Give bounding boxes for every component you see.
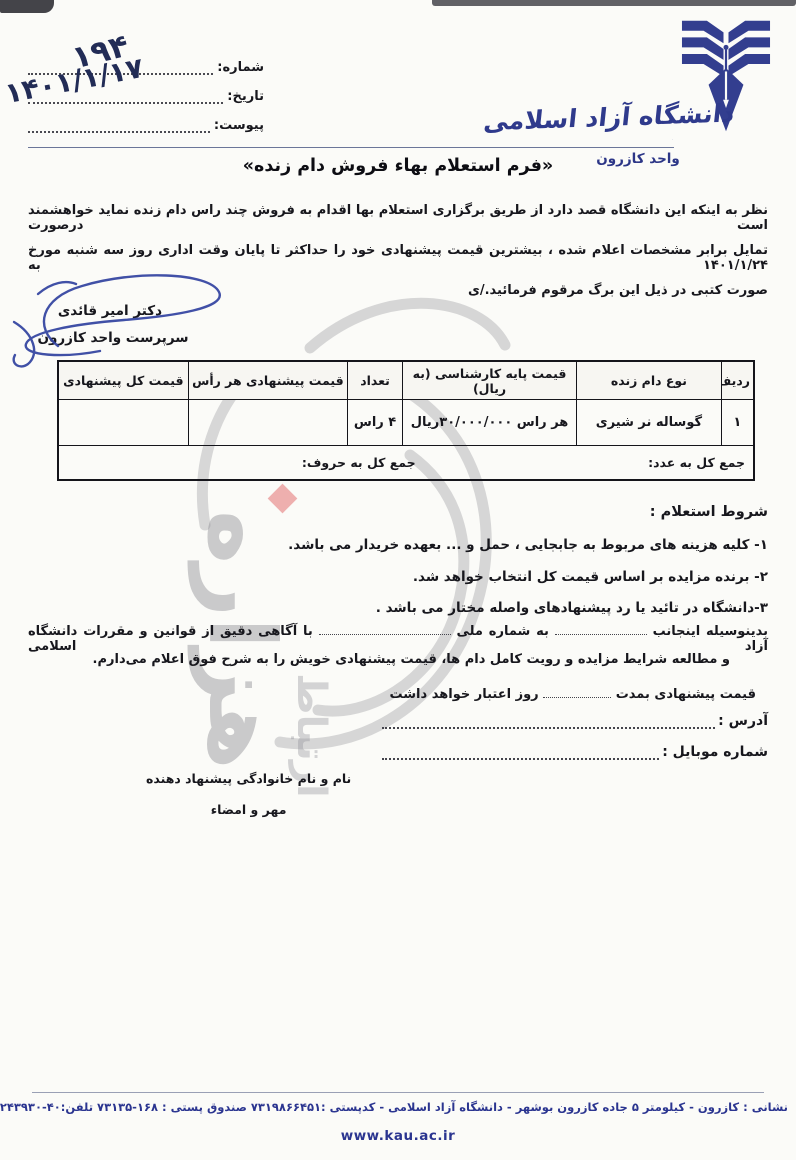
column-header-animal-type: نوع دام زنده bbox=[577, 361, 722, 400]
term-item-2: ۲- برنده مزایده بر اساس قیمت کل انتخاب خ… bbox=[28, 569, 768, 585]
mobile-dotted-line bbox=[382, 743, 659, 760]
declaration-part-2: به شماره ملی bbox=[456, 624, 548, 639]
proposer-name-caption: نام و نام خانوادگی پیشنهاد دهنده bbox=[146, 763, 351, 794]
scan-artifact-top-left bbox=[0, 0, 54, 13]
logo-right-wing bbox=[728, 54, 770, 76]
livestock-price-table: ردیف نوع دام زنده قیمت پایه کارشناسی (به… bbox=[57, 360, 755, 481]
logo-small-caption: دانشگاه آزاد اسلامی bbox=[672, 132, 674, 148]
intro-line-1: نظر به اینکه این دانشگاه قصد دارد از طری… bbox=[28, 203, 768, 233]
doc-attachment-dotted-line bbox=[28, 116, 210, 133]
address-label: آدرس : bbox=[715, 713, 768, 729]
total-in-digits-label: جمع کل به عدد: bbox=[648, 455, 745, 470]
blank-name-field bbox=[555, 621, 647, 635]
footer-divider bbox=[32, 1092, 764, 1093]
form-title: «فرم استعلام بهاء فروش دام زنده» bbox=[0, 156, 796, 176]
address-dotted-line bbox=[382, 712, 715, 729]
footer-website: www.kau.ac.ir bbox=[0, 1128, 796, 1144]
table-totals-row: جمع کل به عدد: جمع کل به حروف: bbox=[58, 446, 754, 481]
declaration-line-1: بدینوسیله اینجانب به شماره ملی با آگاهی … bbox=[28, 621, 768, 654]
term-item-1: ۱- کلیه هزینه های مربوط به جابجایی ، حمل… bbox=[28, 537, 768, 553]
validity-text-after: روز اعتبار خواهد داشت bbox=[390, 687, 539, 702]
column-header-base-price: قیمت پایه کارشناسی (به ریال) bbox=[403, 361, 577, 400]
cell-animal-type: گوساله نر شیری bbox=[577, 400, 722, 446]
mobile-label: شماره موبایل : bbox=[659, 744, 768, 760]
cell-row-no: ۱ bbox=[721, 400, 754, 446]
total-in-words-label: جمع کل به حروف: bbox=[302, 455, 416, 470]
watermark-red-diamond bbox=[268, 484, 298, 514]
footer-address: نشانی : کازرون - کیلومتر ۵ جاده کازرون ب… bbox=[8, 1100, 788, 1114]
column-header-bid-per-head: قیمت پیشنهادی هر رأس bbox=[188, 361, 347, 400]
column-header-quantity: تعداد bbox=[348, 361, 403, 400]
doc-attachment-label: پیوست: bbox=[210, 118, 264, 133]
totals-cell: جمع کل به عدد: جمع کل به حروف: bbox=[58, 446, 754, 481]
cell-bid-per-head-blank bbox=[188, 400, 347, 446]
watermark-text-secondary: ارتباط bbox=[288, 558, 334, 798]
declaration-line-2: و مطالعه شرایط مزایده و رویت کامل دام ها… bbox=[60, 652, 730, 667]
cell-bid-total-blank bbox=[58, 400, 188, 446]
doc-date-label: تاریخ: bbox=[223, 89, 264, 104]
doc-number-label: شماره: bbox=[213, 60, 264, 75]
column-header-bid-total: قیمت کل پیشنهادی bbox=[58, 361, 188, 400]
validity-text-before: قیمت پیشنهادی بمدت bbox=[616, 687, 756, 702]
cell-base-price: هر راس ۳۰/۰۰۰/۰۰۰ریال bbox=[403, 400, 577, 446]
terms-title: شروط استعلام : bbox=[650, 504, 768, 520]
doc-attachment-row: پیوست: bbox=[28, 104, 264, 133]
column-header-row-no: ردیف bbox=[721, 361, 754, 400]
logo-pen bbox=[725, 71, 727, 99]
blank-national-id-field bbox=[319, 621, 451, 635]
table-row: ۱ گوساله نر شیری هر راس ۳۰/۰۰۰/۰۰۰ریال ۴… bbox=[58, 400, 754, 446]
mobile-row: شماره موبایل : bbox=[382, 743, 768, 760]
blank-validity-days-field bbox=[543, 684, 611, 698]
cell-quantity: ۴ راس bbox=[348, 400, 403, 446]
address-row: آدرس : bbox=[382, 712, 768, 729]
scanned-letter-page: هزاره ارتباط شماره: تاریخ: پیوست: ۱۹۴ ۱۴… bbox=[0, 0, 796, 1160]
header-divider bbox=[28, 147, 674, 148]
declaration-part-1: بدینوسیله اینجانب bbox=[653, 624, 768, 639]
proposer-block: نام و نام خانوادگی پیشنهاد دهنده مهر و ا… bbox=[146, 763, 351, 825]
proposer-seal-caption: مهر و امضاء bbox=[146, 794, 351, 825]
bid-validity-line: قیمت پیشنهادی بمدت روز اعتبار خواهد داشت bbox=[120, 684, 756, 702]
signature-scribble bbox=[4, 258, 256, 370]
logo-left-wing bbox=[682, 54, 724, 76]
scan-artifact-top-edge bbox=[432, 0, 796, 6]
term-item-3: ۳-دانشگاه در تائید یا رد پیشنهادهای واصل… bbox=[28, 600, 768, 616]
table-header-row: ردیف نوع دام زنده قیمت پایه کارشناسی (به… bbox=[58, 361, 754, 400]
